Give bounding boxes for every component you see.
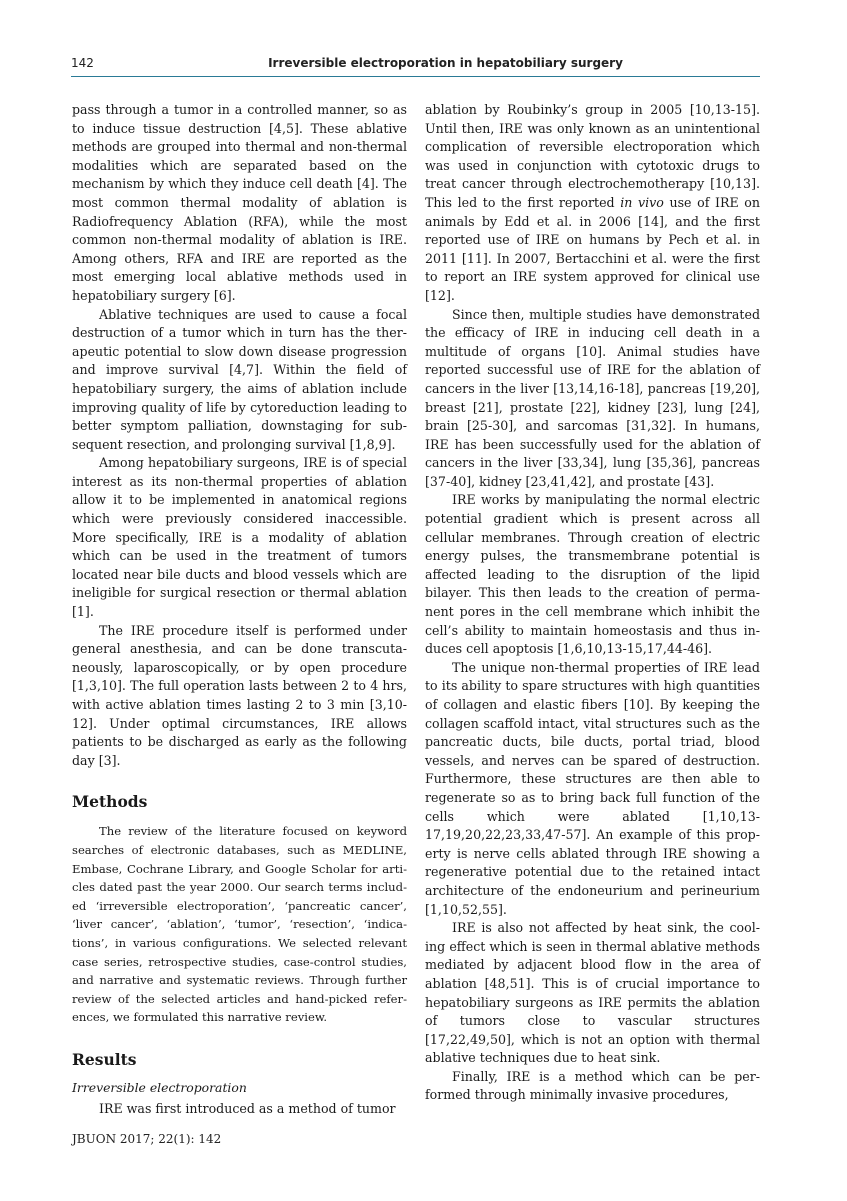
- section-heading-results: Results: [72, 1050, 407, 1070]
- paragraph: The IRE procedure itself is performed un…: [72, 622, 407, 771]
- section-heading-methods: Methods: [72, 792, 407, 812]
- text-run: ablation by Roubinky’s group in 2005 [10…: [425, 102, 760, 210]
- running-title: Irreversible electroporation in hepatobi…: [71, 56, 760, 70]
- paragraph: Finally, IRE is a method which can be pe…: [425, 1068, 760, 1105]
- paragraph: IRE works by manipulating the normal ele…: [425, 491, 760, 658]
- journal-citation-footer: JBUON 2017; 22(1): 142: [72, 1132, 221, 1146]
- text-run: use of IRE on animals by Edd et al. in 2…: [425, 195, 760, 303]
- paragraph: IRE was first introduced as a method of …: [72, 1100, 407, 1119]
- header-rule: [71, 76, 760, 77]
- paragraph: The unique non-thermal properties of IRE…: [425, 659, 760, 919]
- paragraph: Ablative techniques are used to cause a …: [72, 306, 407, 455]
- italic-term: in vivo: [620, 195, 664, 210]
- running-header: 142 Irreversible electroporation in hepa…: [71, 56, 760, 76]
- paragraph: Since then, multiple studies have demon­…: [425, 306, 760, 492]
- paragraph: IRE is also not affected by heat sink, t…: [425, 919, 760, 1068]
- subsection-heading: Irreversible electroporation: [72, 1078, 407, 1098]
- paragraph: Among hepatobiliary surgeons, IRE is of …: [72, 454, 407, 621]
- paragraph: ablation by Roubinky’s group in 2005 [10…: [425, 101, 760, 306]
- methods-paragraph: The review of the literature focused on …: [72, 822, 407, 1027]
- paragraph: pass through a tumor in a controlled man…: [72, 101, 407, 306]
- left-column: pass through a tumor in a controlled man…: [72, 101, 407, 1119]
- right-column: ablation by Roubinky’s group in 2005 [10…: [425, 101, 760, 1105]
